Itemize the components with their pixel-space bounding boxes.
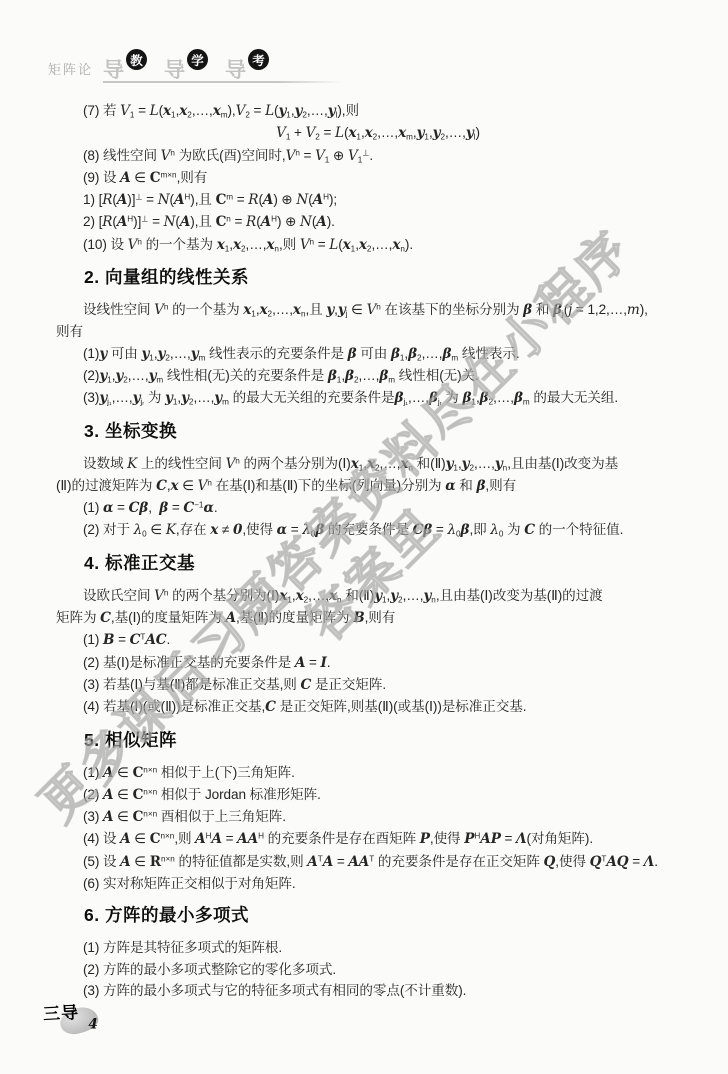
logo-unit: 导学 bbox=[164, 49, 208, 81]
doc-line: (4) 设 A ∈ Cn×n,则 AHA = AAH 的充要条件是存在酉矩阵 P… bbox=[56, 828, 700, 850]
doc-line: 设欧氏空间 Vn 的两个基分别为(Ⅰ)x1,x2,…,xn 和(Ⅱ)y1,y2,… bbox=[56, 585, 700, 607]
section-heading: 6. 方阵的最小多项式 bbox=[84, 903, 700, 928]
doc-line: (3) 方阵的最小多项式与它的特征多项式有相同的零点(不计重数). bbox=[56, 980, 700, 1001]
section-heading: 5. 相似矩阵 bbox=[84, 728, 700, 753]
doc-line: 设数域 K 上的线性空间 Vn 的两个基分别为(Ⅰ)x1,x2,…,xn 和(Ⅱ… bbox=[56, 453, 700, 475]
section-heading: 3. 坐标变换 bbox=[84, 419, 700, 444]
dao-character: 导 bbox=[103, 60, 124, 81]
dao-character: 导 bbox=[164, 60, 185, 81]
doc-line: (5) 设 A ∈ Rn×n 的特征值都是实数,则 ATA = AAT 的充要条… bbox=[56, 851, 700, 873]
doc-line: (3) A ∈ Cn×n 酉相似于上三角矩阵. bbox=[56, 806, 700, 828]
doc-line: (4) 若基(Ⅰ)(或(Ⅱ))是标准正交基,C 是正交矩阵,则基(Ⅱ)(或基(Ⅰ… bbox=[56, 696, 700, 718]
doc-line: (3) 若基(Ⅰ)与基(Ⅱ)都是标准正交基,则 C 是正交矩阵. bbox=[56, 674, 700, 696]
doc-line: (2) 基(Ⅰ)是标准正交基的充要条件是 A = I. bbox=[56, 652, 700, 674]
doc-line: (2)y1,y2,…,ym 线性相(无)关的充要条件是 β1,β2,…,βm 线… bbox=[56, 365, 700, 387]
section-heading: 2. 向量组的线性关系 bbox=[84, 265, 700, 290]
doc-line: (1)y 可由 y1,y2,…,ym 线性表示的充要条件是 β 可由 β1,β2… bbox=[56, 343, 700, 365]
doc-line: 则有 bbox=[56, 321, 700, 342]
doc-line: (1) α = Cβ, β = C−1α. bbox=[56, 497, 700, 519]
logo-unit: 导教 bbox=[103, 49, 147, 81]
doc-line: (1) A ∈ Cn×n 相似于上(下)三角矩阵. bbox=[56, 762, 700, 784]
section-heading: 4. 标准正交基 bbox=[84, 551, 700, 576]
doc-line: 矩阵为 C,基(Ⅰ)的度量矩阵为 A,基(Ⅱ)的度量矩阵为 B,则有 bbox=[56, 607, 700, 629]
doc-line: (Ⅱ)的过渡矩阵为 C,x ∈ Vn 在基(Ⅰ)和基(Ⅱ)下的坐标(列向量)分别… bbox=[56, 475, 700, 497]
scanned-textbook-page: 矩阵论 导教导学导考 更多课后习题答案资料尽在小程序 答案里 (7) 若 V1 … bbox=[0, 0, 728, 1074]
doc-line: V1 + V2 = L(x1,x2,…,xm,y1,y2,…,yl) bbox=[56, 122, 700, 144]
doc-line: (1) 方阵是其特征多项式的矩阵根. bbox=[56, 937, 700, 958]
doc-line: (6) 实对称矩阵正交相似于对角矩阵. bbox=[56, 873, 700, 894]
header-rule bbox=[103, 81, 343, 83]
logo-badge: 教 bbox=[126, 49, 147, 70]
doc-line: (2) 对于 λ0 ∈ K,存在 x ≠ 0,使得 α = λ0β 的充要条件是… bbox=[56, 519, 700, 541]
doc-line: 2) [R(AH)]⊥ = N(A),且 Cn = R(AH) ⊕ N(A). bbox=[56, 211, 700, 233]
doc-line: (2) A ∈ Cn×n 相似于 Jordan 标准形矩阵. bbox=[56, 784, 700, 806]
doc-line: (10) 设 Vn 的一个基为 x1,x2,…,xn,则 Vn = L(x1,x… bbox=[56, 234, 700, 256]
logo-unit: 导考 bbox=[225, 49, 269, 81]
logo-badge: 学 bbox=[187, 49, 208, 70]
doc-line: 设线性空间 Vn 的一个基为 x1,x2,…,xn,且 y,yj ∈ Vn 在该… bbox=[56, 299, 700, 321]
doc-line: 1) [R(A)]⊥ = N(AH),且 Cm = R(A) ⊕ N(AH); bbox=[56, 189, 700, 211]
footer-brand-mark: 三导 bbox=[42, 998, 79, 1025]
doc-line: (2) 方阵的最小多项式整除它的零化多项式. bbox=[56, 959, 700, 980]
doc-line: (8) 线性空间 Vn 为欧氏(酉)空间时,Vn = V1 ⊕ V1⊥. bbox=[56, 145, 700, 167]
logo-badge: 考 bbox=[248, 49, 269, 70]
page-number: 4 bbox=[88, 1017, 97, 1033]
document-body: (7) 若 V1 = L(x1,x2,…,xm),V2 = L(y1,y2,…,… bbox=[56, 100, 700, 1001]
series-logo: 导教导学导考 bbox=[103, 49, 269, 81]
doc-line: (3)yj₁,…,yjᵣ 为 y1,y2,…,ym 的最大无关组的充要条件是βj… bbox=[56, 387, 700, 409]
book-title: 矩阵论 bbox=[48, 59, 93, 78]
dao-character: 导 bbox=[225, 60, 246, 81]
doc-line: (1) B = CTAC. bbox=[56, 629, 700, 651]
doc-line: (9) 设 A ∈ Cm×n,则有 bbox=[56, 167, 700, 189]
doc-line: (7) 若 V1 = L(x1,x2,…,xm),V2 = L(y1,y2,…,… bbox=[56, 100, 700, 122]
